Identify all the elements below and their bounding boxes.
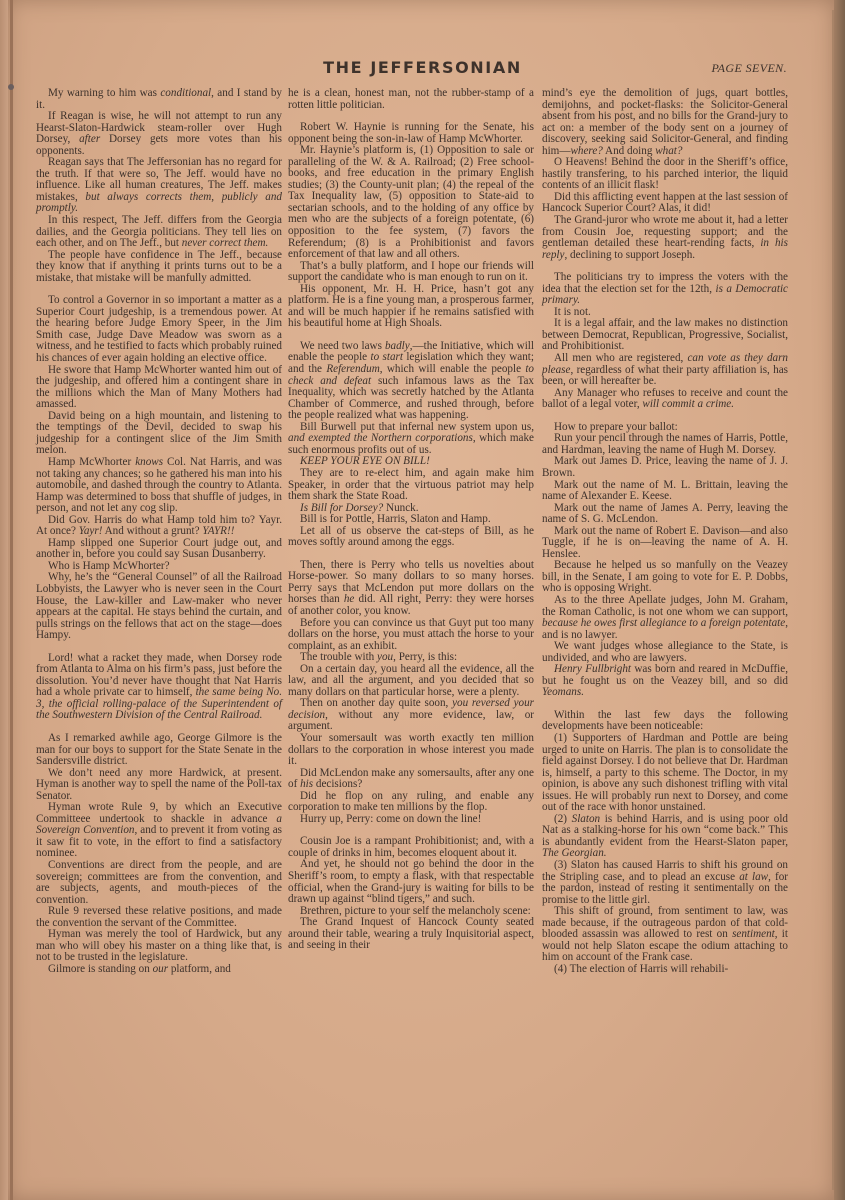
article-paragraph: Lord! what a racket they made, when Dors… xyxy=(36,653,282,722)
article-paragraph: We want judges whose allegiance to the S… xyxy=(542,641,788,664)
article-paragraph: On a certain day, you heard all the evid… xyxy=(288,664,534,699)
article-paragraph: he is a clean, honest man, not the rubbe… xyxy=(288,88,534,111)
article-paragraph: The people have confidence in The Jeff.,… xyxy=(36,250,282,285)
article-paragraph: mind’s eye the demolition of jugs, quart… xyxy=(542,88,788,157)
page-right-edge xyxy=(834,0,845,1200)
article-paragraph: Gilmore is standing on our platform, and xyxy=(36,964,282,976)
article-paragraph: That’s a bully platform, and I hope our … xyxy=(288,261,534,284)
article-paragraph: As I remarked awhile ago, George Gilmore… xyxy=(36,733,282,768)
article-paragraph: It is a legal affair, and the law makes … xyxy=(542,318,788,353)
article-paragraph: Mark out James D. Price, leaving the nam… xyxy=(542,456,788,479)
article-paragraph: Hamp slipped one Superior Court judge ou… xyxy=(36,538,282,561)
article-paragraph: Conventions are direct from the people, … xyxy=(36,860,282,906)
article-paragraph: Because he helped us so manfully on the … xyxy=(542,560,788,595)
article-paragraph: Bill Burwell put that infernal new syste… xyxy=(288,422,534,457)
article-paragraph: Why, he’s the “General Counsel” of all t… xyxy=(36,572,282,641)
article-paragraph: My warning to him was conditional, and I… xyxy=(36,88,282,111)
article-paragraph: Any Manager who refuses to receive and c… xyxy=(542,388,788,411)
article-paragraph: Then, there is Perry who tells us novelt… xyxy=(288,560,534,618)
article-paragraph: Cousin Joe is a rampant Prohibitionist; … xyxy=(288,836,534,859)
article-paragraph: (2) Slaton is behind Harris, and is usin… xyxy=(542,814,788,860)
article-paragraph: (3) Slaton has caused Harris to shift hi… xyxy=(542,860,788,906)
article-paragraph: Did Gov. Harris do what Hamp told him to… xyxy=(36,515,282,538)
article-paragraph: Rule 9 reversed these relative positions… xyxy=(36,906,282,929)
article-paragraph: Mark out the name of Robert E. Davison—a… xyxy=(542,526,788,561)
article-paragraph: (4) The election of Harris will rehabili… xyxy=(542,964,788,976)
article-paragraph: The Grand Inquest of Hancock County seat… xyxy=(288,917,534,952)
article-paragraph: Run your pencil through the names of Har… xyxy=(542,433,788,456)
article-paragraph: Then on another day quite soon, you reve… xyxy=(288,698,534,733)
article-paragraph: His opponent, Mr. H. H. Price, hasn’t go… xyxy=(288,284,534,330)
article-paragraph: Within the last few days the following d… xyxy=(542,710,788,733)
article-paragraph: Henry Fullbright was born and reared in … xyxy=(542,664,788,699)
article-paragraph: All men who are registered, can vote as … xyxy=(542,353,788,388)
column-2: he is a clean, honest man, not the rubbe… xyxy=(288,88,534,952)
article-paragraph: To control a Governor in so important a … xyxy=(36,295,282,364)
article-paragraph: As to the three Apellate judges, John M.… xyxy=(542,595,788,641)
page-number-label: PAGE SEVEN. xyxy=(711,61,787,76)
article-paragraph: (1) Supporters of Hardman and Pottle are… xyxy=(542,733,788,814)
article-paragraph: The politicians try to impress the voter… xyxy=(542,272,788,307)
article-paragraph: Let all of us observe the cat-steps of B… xyxy=(288,526,534,549)
article-paragraph: We don’t need any more Hardwick, at pres… xyxy=(36,768,282,803)
article-paragraph: Mr. Haynie’s platform is, (1) Opposition… xyxy=(288,145,534,260)
article-paragraph: Reagan says that The Jeffersonian has no… xyxy=(36,157,282,215)
article-paragraph: Mark out the name of M. L. Brittain, lea… xyxy=(542,480,788,503)
article-paragraph: The Grand-juror who wrote me about it, h… xyxy=(542,215,788,261)
column-1: My warning to him was conditional, and I… xyxy=(36,88,282,975)
article-paragraph: Your somersault was worth exactly ten mi… xyxy=(288,733,534,768)
article-paragraph: Hyman wrote Rule 9, by which an Executiv… xyxy=(36,802,282,860)
article-paragraph: And yet, he should not go behind the doo… xyxy=(288,859,534,905)
article-paragraph: We need two laws badly,—the Initiative, … xyxy=(288,341,534,422)
article-paragraph: Hamp McWhorter knows Col. Nat Harris, an… xyxy=(36,457,282,515)
article-paragraph: In this respect, The Jeff. differs from … xyxy=(36,215,282,250)
article-paragraph: Did McLendon make any somersaults, after… xyxy=(288,768,534,791)
column-3: mind’s eye the demolition of jugs, quart… xyxy=(542,88,788,975)
article-paragraph: This shift of ground, from sentiment to … xyxy=(542,906,788,964)
masthead: THE JEFFERSONIAN PAGE SEVEN. xyxy=(0,58,845,82)
article-paragraph: Mark out the name of James A. Perry, lea… xyxy=(542,503,788,526)
article-paragraph: Did he flop on any ruling, and enable an… xyxy=(288,791,534,814)
article-paragraph: If Reagan is wise, he will not attempt t… xyxy=(36,111,282,157)
binding-line xyxy=(10,0,13,1200)
article-paragraph: O Heavens! Behind the door in the Sherif… xyxy=(542,157,788,192)
article-paragraph: David being on a high mountain, and list… xyxy=(36,411,282,457)
article-paragraph: Robert W. Haynie is running for the Sena… xyxy=(288,122,534,145)
article-paragraph: The trouble with you, Perry, is this: xyxy=(288,652,534,664)
punch-hole-icon xyxy=(8,84,14,90)
article-paragraph: He swore that Hamp McWhorter wanted him … xyxy=(36,365,282,411)
page-left-edge xyxy=(0,0,8,1200)
article-paragraph: Hyman was merely the tool of Hardwick, b… xyxy=(36,929,282,964)
article-paragraph: Bill is for Pottle, Harris, Slaton and H… xyxy=(288,514,534,526)
article-paragraph: They are to re-elect him, and again make… xyxy=(288,468,534,503)
article-paragraph: Hurry up, Perry: come on down the line! xyxy=(288,814,534,826)
article-paragraph: Before you can convince us that Guyt put… xyxy=(288,618,534,653)
article-paragraph: Did this afflicting event happen at the … xyxy=(542,192,788,215)
